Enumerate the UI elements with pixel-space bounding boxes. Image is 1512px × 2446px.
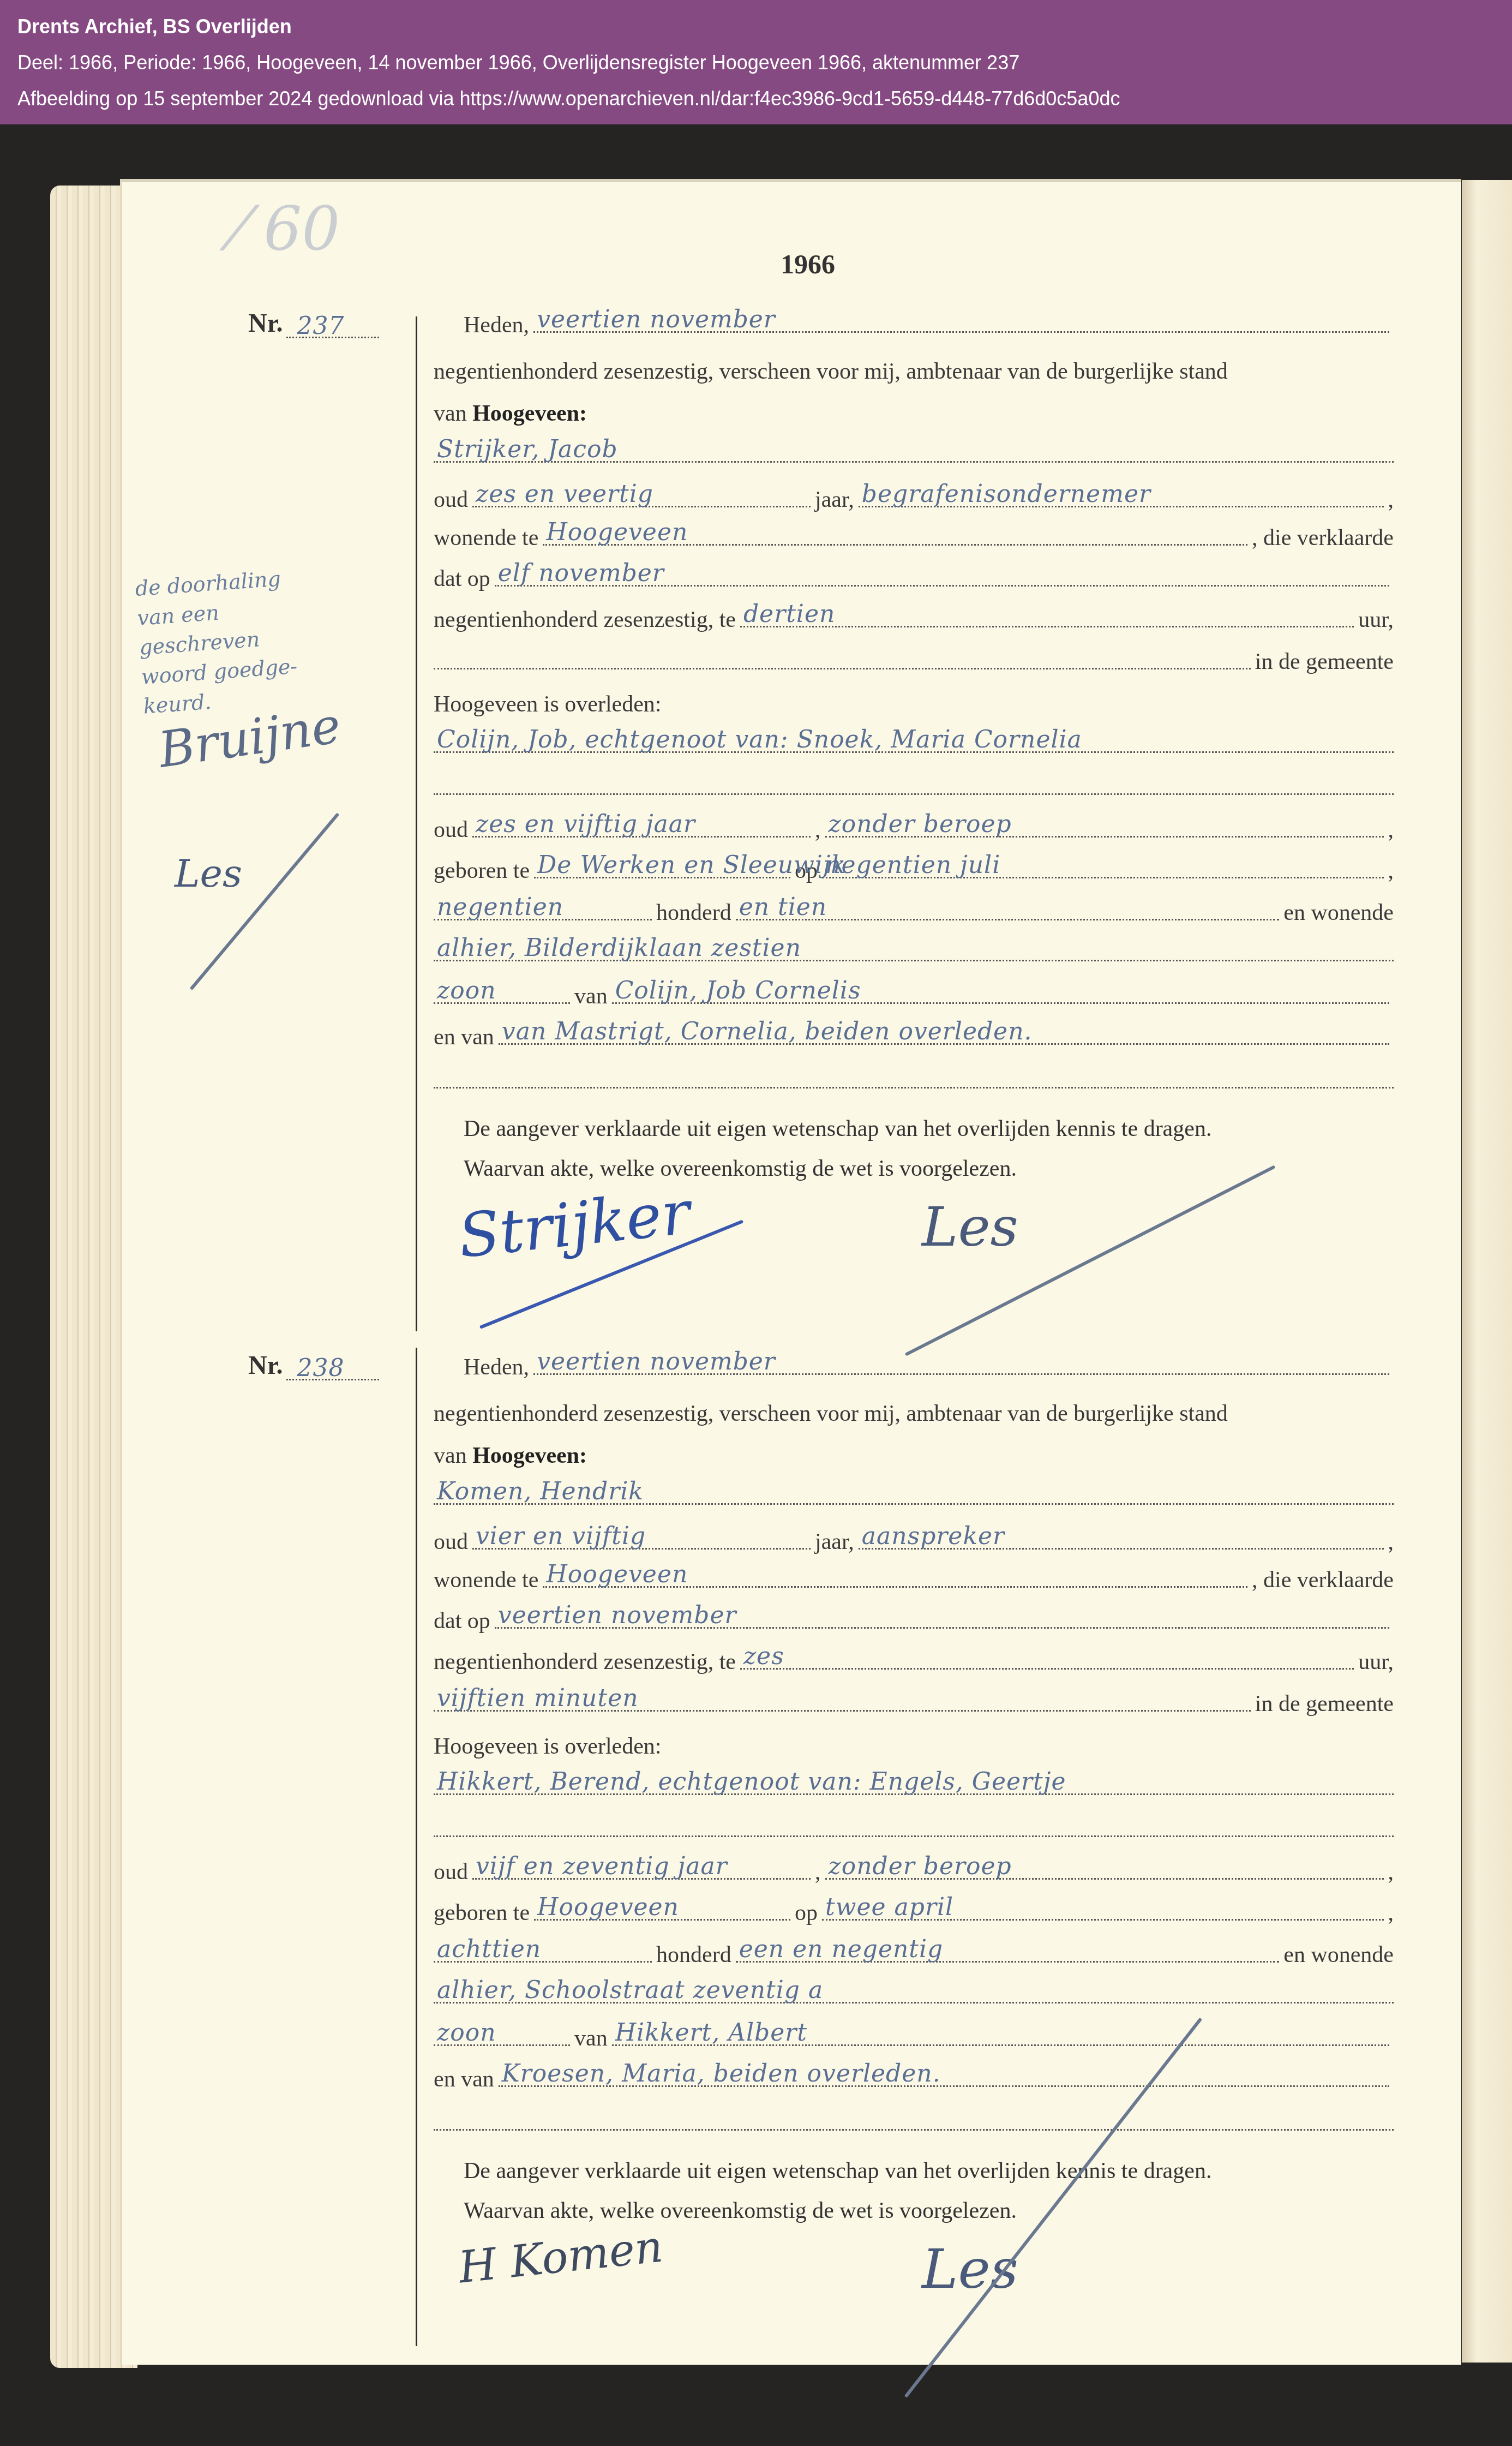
label-wonende-te: wonende te: [434, 1567, 538, 1593]
label-die-verklaarde: , die verklaarde: [1252, 525, 1394, 551]
record-line: en vanvan Mastrigt, Cornelia, beiden ove…: [434, 1018, 1394, 1050]
label-is-overleden: Hoogeveen is overleden:: [434, 691, 662, 717]
death-time: dertien: [743, 600, 835, 628]
label-jaar: jaar,: [815, 487, 854, 513]
birth-year: een en negentig: [739, 1935, 944, 1963]
record-line: zoonvanHikkert, Albert: [434, 2019, 1394, 2052]
blank-line: [434, 1835, 1394, 1837]
label-uur: uur,: [1358, 1649, 1394, 1675]
label-oud: oud: [434, 487, 468, 513]
label-in-de-gemeente: in de gemeente: [1255, 1691, 1394, 1717]
mother-name: Kroesen, Maria, beiden overleden.: [502, 2060, 941, 2088]
book-gutter: [1462, 180, 1512, 2363]
label-heden: Heden,: [464, 312, 529, 338]
record-line: [434, 1061, 1394, 1094]
label-op: op: [795, 1900, 818, 1926]
record-line: oudvier en vijftigjaar,aanspreker,: [434, 1522, 1394, 1555]
birth-date: twee april: [825, 1893, 953, 1921]
record-number-value: 237: [297, 312, 345, 340]
date-of-registration: veertien november: [537, 306, 776, 333]
record-line: oudvijf en zeventig jaar,zonder beroep,: [434, 1852, 1394, 1885]
record-line: [434, 1810, 1394, 1843]
deceased-address: alhier, Schoolstraat zeventig a: [437, 1976, 823, 2004]
label-die-verklaarde: , die verklaarde: [1252, 1567, 1394, 1593]
label-is-overleden: Hoogeveen is overleden:: [434, 1733, 662, 1760]
deceased-age: vijf en zeventig jaar: [476, 1852, 728, 1880]
label-dat-op: dat op: [434, 1608, 490, 1634]
label-nr: Nr.: [248, 1350, 283, 1380]
date-of-registration: veertien november: [537, 1348, 776, 1375]
record-line: Hoogeveen is overleden:: [434, 685, 1394, 717]
label-negentien-te: negentienhonderd zesenzestig, te: [434, 1649, 736, 1675]
comma: ,: [1388, 487, 1394, 513]
deceased-age: zes en vijftig jaar: [476, 810, 695, 838]
declarant-age: vier en vijftig: [476, 1522, 646, 1550]
label-oud: oud: [434, 1529, 468, 1555]
comma: ,: [815, 1859, 821, 1885]
label-oud: oud: [434, 1859, 468, 1885]
comma: ,: [1388, 1859, 1394, 1885]
label-heden: Heden,: [464, 1354, 529, 1380]
record-line: dat opveertien november: [434, 1601, 1394, 1634]
label-en-van: en van: [434, 2066, 494, 2092]
record-line: Strijker, Jacob: [434, 435, 1394, 468]
column-rule: [416, 1348, 417, 2346]
record-line: [434, 2103, 1394, 2136]
municipality: Hoogeveen:: [472, 1443, 587, 1469]
label-dat-op: dat op: [434, 566, 490, 592]
label-geboren-te: geboren te: [434, 858, 530, 884]
record-line: alhier, Schoolstraat zeventig a: [434, 1976, 1394, 2009]
municipality: Hoogeveen:: [472, 400, 587, 427]
record-line: Komen, Hendrik: [434, 1478, 1394, 1510]
deceased-occupation: zonder beroep: [829, 1852, 1012, 1880]
comma: ,: [1388, 817, 1394, 843]
record-line: en vanKroesen, Maria, beiden overleden.: [434, 2060, 1394, 2092]
label-honderd: honderd: [656, 900, 731, 926]
label-en-van: en van: [434, 1024, 494, 1050]
father-name: Colijn, Job Cornelis: [615, 977, 861, 1004]
record-line: van Hoogeveen:: [434, 1436, 1394, 1469]
birth-year: en tien: [739, 893, 827, 921]
label-verscheen: negentienhonderd zesenzestig, verscheen …: [434, 358, 1228, 385]
deceased-name: Colijn, Job, echtgenoot van: Snoek, Mari…: [437, 726, 1082, 753]
father-name: Hikkert, Albert: [615, 2019, 807, 2047]
declarant-name: Komen, Hendrik: [437, 1478, 644, 1505]
record-line: vijftien minutenin de gemeente: [434, 1684, 1394, 1717]
column-rule: [416, 316, 417, 1331]
reading-statement: Waarvan akte, welke overeenkomstig de we…: [464, 2198, 1017, 2224]
margin-note: de doorhaling van een geschreven woord g…: [134, 561, 329, 721]
record-line: oudzes en veertigjaar,begrafenisondernem…: [434, 480, 1394, 513]
comma: ,: [815, 817, 821, 843]
label-verscheen: negentienhonderd zesenzestig, verscheen …: [434, 1401, 1228, 1427]
label-uur: uur,: [1358, 607, 1394, 633]
label-geboren-te: geboren te: [434, 1900, 530, 1926]
declarant-occupation: begrafenisondernemer: [862, 480, 1151, 508]
page-year: 1966: [0, 248, 1512, 280]
label-van: van: [574, 2025, 608, 2052]
birth-century: achttien: [437, 1935, 541, 1963]
declaration-statement: De aangever verklaarde uit eigen wetensc…: [464, 2158, 1211, 2184]
blank-line: [434, 1087, 1394, 1089]
record-line: negentienhonderd zesenzestig, verscheen …: [434, 1394, 1394, 1427]
label-jaar: jaar,: [815, 1529, 854, 1555]
label-wonende-te: wonende te: [434, 525, 538, 551]
label-van: van: [574, 983, 608, 1009]
declarant-residence: Hoogeveen: [546, 518, 688, 546]
label-negentien-te: negentienhonderd zesenzestig, te: [434, 607, 736, 633]
death-time: zes: [743, 1642, 784, 1670]
label-in-de-gemeente: in de gemeente: [1255, 649, 1394, 675]
label-van: van: [434, 1443, 467, 1469]
record-line: oudzes en vijftig jaar,zonder beroep,: [434, 810, 1394, 843]
record-line: Hoogeveen is overleden:: [434, 1727, 1394, 1760]
record-line: dat opelf november: [434, 559, 1394, 592]
comma: ,: [1388, 1529, 1394, 1555]
birthplace: De Werken en Sleeuwijk: [537, 851, 846, 879]
record-line: zoonvanColijn, Job Cornelis: [434, 977, 1394, 1009]
label-en-wonende: en wonende: [1283, 1942, 1394, 1968]
relation: zoon: [437, 977, 496, 1004]
record-line: Hikkert, Berend, echtgenoot van: Engels,…: [434, 1768, 1394, 1801]
comma: ,: [1388, 858, 1394, 884]
record-line: geboren teHoogeveenoptwee april,: [434, 1893, 1394, 1926]
birthplace: Hoogeveen: [537, 1893, 679, 1921]
declaration-statement: De aangever verklaarde uit eigen wetensc…: [464, 1116, 1211, 1142]
record-line: wonende teHoogeveen, die verklaarde: [434, 518, 1394, 551]
declarant-occupation: aanspreker: [862, 1522, 1005, 1550]
record-line: achttienhonderdeen en negentigen wonende: [434, 1935, 1394, 1968]
record-line: wonende teHoogeveen, die verklaarde: [434, 1560, 1394, 1593]
label-en-wonende: en wonende: [1283, 900, 1394, 926]
download-info: Afbeelding op 15 september 2024 gedownlo…: [17, 87, 1120, 110]
relation: zoon: [437, 2019, 496, 2047]
record-number-value: 238: [297, 1354, 345, 1382]
record-line: Heden,veertien november: [434, 1348, 1394, 1380]
record-line: negentienhonderden tienen wonende: [434, 893, 1394, 926]
record-line: [434, 768, 1394, 800]
comma: ,: [1388, 1900, 1394, 1926]
birth-date: negentien juli: [825, 851, 1000, 879]
blank-line: [434, 2129, 1394, 2131]
birth-century: negentien: [437, 893, 563, 921]
declarant-name: Strijker, Jacob: [437, 435, 618, 463]
declarant-age: zes en veertig: [476, 480, 653, 508]
label-oud: oud: [434, 817, 468, 843]
record-line: Heden,veertien november: [434, 306, 1394, 338]
deceased-name: Hikkert, Berend, echtgenoot van: Engels,…: [437, 1768, 1066, 1796]
record-line: negentienhonderd zesenzestig, tezesuur,: [434, 1642, 1394, 1675]
record-line: geboren teDe Werken en Sleeuwijkopnegent…: [434, 851, 1394, 884]
record-line: negentienhonderd zesenzestig, verscheen …: [434, 352, 1394, 385]
record-line: negentienhonderd zesenzestig, tedertienu…: [434, 600, 1394, 633]
label-van: van: [434, 400, 467, 427]
record-line: in de gemeente: [434, 642, 1394, 675]
label-honderd: honderd: [656, 1942, 731, 1968]
death-date: elf november: [498, 559, 664, 587]
reading-statement: Waarvan akte, welke overeenkomstig de we…: [464, 1156, 1017, 1182]
death-time-extra: vijftien minuten: [437, 1684, 639, 1712]
blank-line: [434, 793, 1394, 795]
deceased-occupation: zonder beroep: [829, 810, 1012, 838]
record-line: alhier, Bilderdijklaan zestien: [434, 934, 1394, 967]
mother-name: van Mastrigt, Cornelia, beiden overleden…: [502, 1018, 1033, 1045]
record-line: Colijn, Job, echtgenoot van: Snoek, Mari…: [434, 726, 1394, 758]
signature-official: Les: [922, 1195, 1018, 1259]
declarant-residence: Hoogeveen: [546, 1560, 688, 1588]
margin-signature-official: Les: [175, 851, 242, 896]
deceased-address: alhier, Bilderdijklaan zestien: [437, 934, 801, 962]
archive-title: Drents Archief, BS Overlijden: [17, 15, 292, 38]
label-nr: Nr.: [248, 308, 283, 338]
archive-header: Drents Archief, BS Overlijden Deel: 1966…: [0, 0, 1512, 124]
record-line: van Hoogeveen:: [434, 394, 1394, 427]
record-metadata: Deel: 1966, Periode: 1966, Hoogeveen, 14…: [17, 51, 1019, 74]
record-number: Nr.237: [248, 308, 379, 338]
record-number: Nr.238: [248, 1350, 379, 1380]
death-date: veertien november: [498, 1601, 737, 1629]
